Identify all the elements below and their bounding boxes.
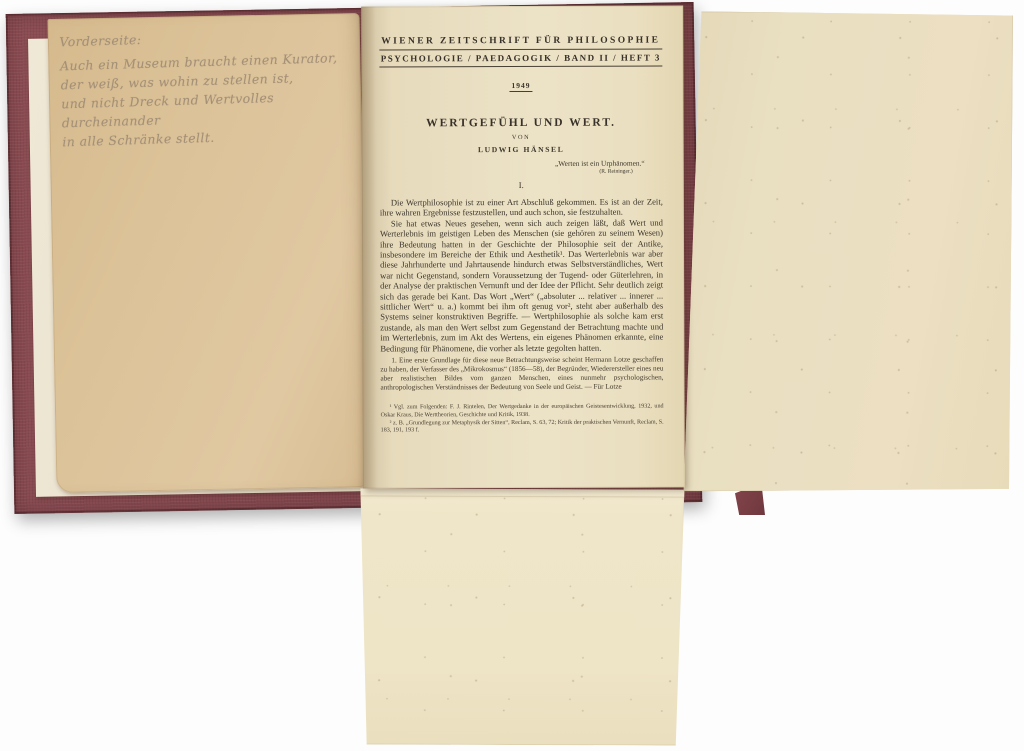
annotation-heading: Vorderseite: <box>59 24 355 52</box>
printed-article-page: WIENER ZEITSCHRIFT FÜR PHILOSOPHIE PSYCH… <box>361 5 685 488</box>
epigraph-attribution: (R. Reininger.) <box>380 169 663 176</box>
journal-year-row: 1949 <box>379 75 662 94</box>
footnotes-block: ¹ Vgl. zum Folgenden: F. J. Rintelen, De… <box>381 404 664 436</box>
petit-paragraph: 1. Eine erste Grundlage für diese neue B… <box>380 356 663 393</box>
handwritten-annotation: Vorderseite: Auch ein Museum braucht ein… <box>59 24 358 152</box>
journal-year: 1949 <box>509 81 532 92</box>
right-blank-foldout-page <box>683 11 1013 492</box>
epigraph-quote: „Werten ist ein Urphänomen.“ <box>380 159 663 169</box>
journal-subtitle: PSYCHOLOGIE / PAEDAGOGIK / BAND II / HEF… <box>379 50 662 68</box>
photo-background: Vorderseite: Auch ein Museum braucht ein… <box>0 0 1024 751</box>
journal-title: WIENER ZEITSCHRIFT FÜR PHILOSOPHIE <box>379 36 662 51</box>
article-content: WIENER ZEITSCHRIFT FÜR PHILOSOPHIE PSYCH… <box>379 36 663 436</box>
bottom-blank-foldout-page <box>358 488 685 745</box>
paper-speckles <box>683 11 1013 492</box>
body-paragraph: Die Wertphilosophie ist zu einer Art Abs… <box>380 197 663 219</box>
body-paragraph: Sie hat etwas Neues gesehen, wenn sich a… <box>380 217 663 353</box>
author-name: LUDWIG HÄNSEL <box>380 145 663 155</box>
article-title: WERTGEFÜHL UND WERT. <box>380 117 663 130</box>
section-numeral: I. <box>380 180 663 191</box>
left-flyleaf-page: Vorderseite: Auch ein Museum braucht ein… <box>47 13 368 493</box>
footnote: ² z. B. „Grundlegung zur Metaphysik der … <box>381 419 664 435</box>
footnote: ¹ Vgl. zum Folgenden: F. J. Rintelen, De… <box>381 404 664 420</box>
paper-speckles <box>358 488 685 745</box>
byline-von: VON <box>380 134 663 142</box>
